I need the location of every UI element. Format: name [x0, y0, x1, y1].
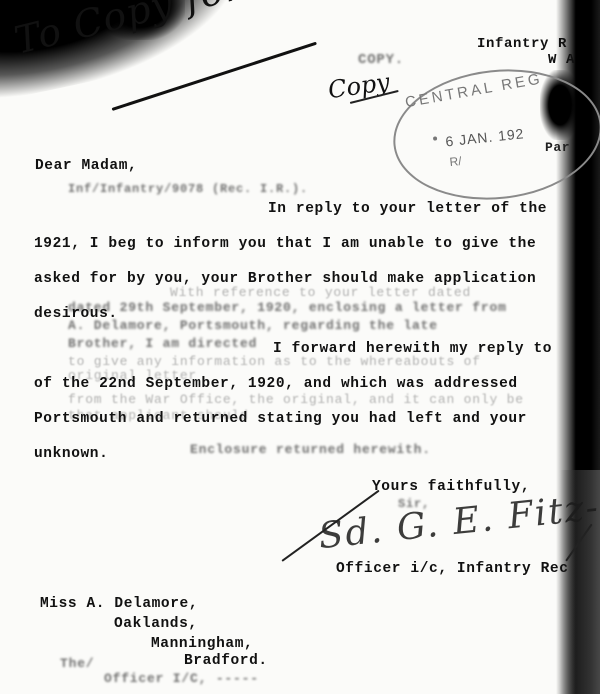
- ghost-line-7: from the War Office, the original, and i…: [68, 392, 524, 407]
- enclosure-note: Enclosure returned herewith.: [190, 442, 431, 457]
- addressee-line-4: Bradford.: [184, 653, 268, 669]
- closing: Yours faithfully,: [372, 479, 530, 495]
- header-location: W A: [548, 52, 575, 68]
- stamp-ref: R/: [449, 154, 462, 169]
- ghost-line-3: A. Delamore, Portsmouth, regarding the l…: [68, 318, 438, 333]
- stamp-dot: [433, 136, 437, 140]
- stamp-arc-text: CENTRAL REG: [404, 70, 544, 111]
- addressee-line-3: Manningham,: [151, 636, 253, 652]
- body-line-1: In reply to your letter of the: [268, 201, 547, 217]
- reference-line: Inf/Infantry/9078 (Rec. I.R.).: [68, 182, 308, 196]
- stamp-date: 6 JAN. 192: [445, 125, 526, 149]
- cc-prefix: The/: [60, 656, 94, 671]
- ghost-line-1: With reference to your letter dated: [170, 285, 471, 300]
- ghost-line-4: Brother, I am directed: [68, 336, 257, 351]
- addressee-name: Miss A. Delamore,: [40, 596, 198, 612]
- body-line-7: Portsmouth and returned stating you had …: [34, 411, 527, 427]
- body-line-4: desirous.: [34, 306, 118, 322]
- body-line-8: unknown.: [34, 446, 108, 462]
- header-unit: Infantry R: [477, 36, 567, 52]
- typed-copy-label: COPY.: [358, 52, 404, 68]
- body-line-2: 1921, I beg to inform you that I am unab…: [34, 236, 536, 252]
- signatory-title: Officer i/c, Infantry Rec: [336, 561, 569, 577]
- body-line-6: of the 22nd September, 1920, and which w…: [34, 376, 518, 392]
- scanned-letter: To Copy for Section COPY. Copy Infantry …: [0, 0, 600, 694]
- ghost-line-2: dated 29th September, 1920, enclosing a …: [68, 300, 507, 315]
- body-line-5: I forward herewith my reply to: [273, 341, 552, 357]
- addressee-line-2: Oaklands,: [114, 616, 198, 632]
- cc-line: Officer I/C, -----: [104, 671, 259, 686]
- salutation: Dear Madam,: [35, 158, 137, 174]
